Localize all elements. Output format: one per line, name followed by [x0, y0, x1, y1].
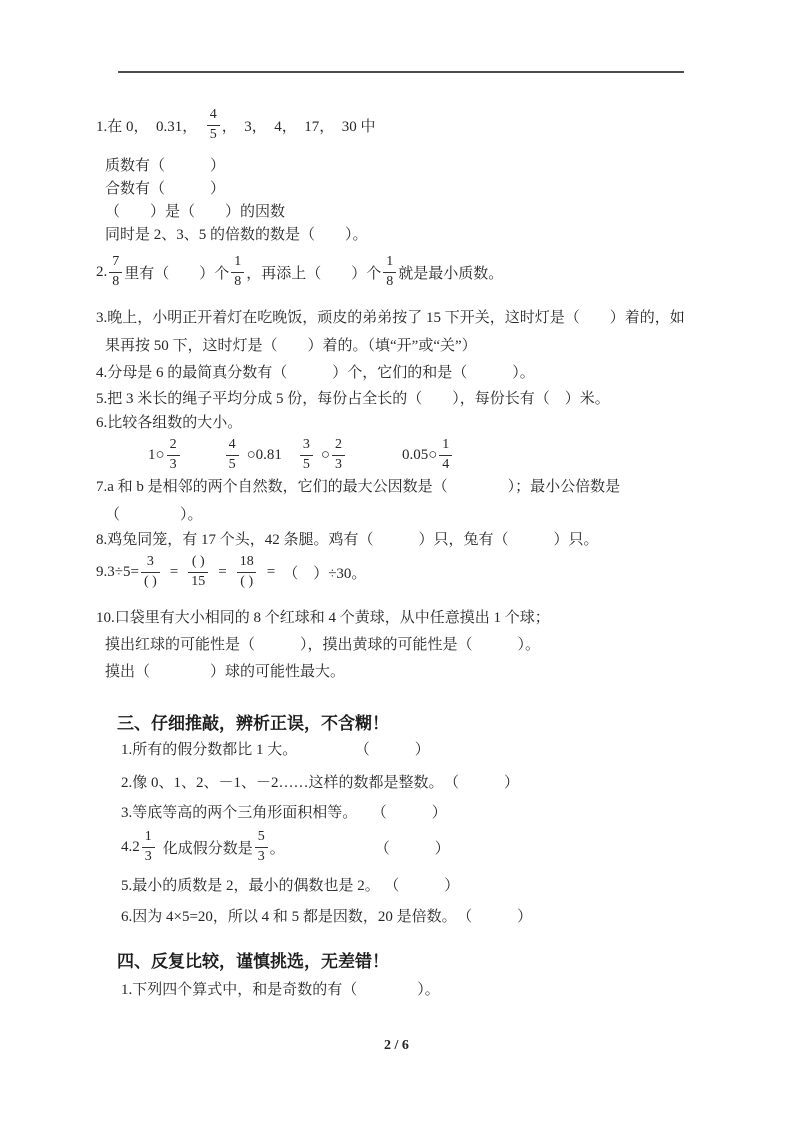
question-7-line-1: 7.a 和 b 是相邻的两个自然数，它们的最大公因数是（ ）；最小公倍数是: [96, 475, 620, 499]
question-2-text-1: 里有（ ）个: [124, 262, 229, 283]
fraction-numerator: 5: [255, 828, 268, 846]
question-9-line: 9.3÷5= 3( ) = ( )15 = 18( ) = （ ）÷30。: [96, 549, 366, 595]
fraction: 35: [300, 436, 313, 473]
question-1-text-post: ， 3， 4， 17， 30 中: [222, 115, 376, 136]
fraction-denominator: ( ): [237, 572, 256, 591]
comparison-2: 45 ○0.81: [224, 436, 282, 473]
fraction-numerator: 1: [383, 253, 396, 271]
fraction: 23: [167, 436, 180, 473]
answer-parens: （ ）: [392, 878, 460, 894]
fraction-numerator: ( ): [189, 553, 208, 571]
section-3-item-2: 2.像 0、1、2、－1、－2……这样的数都是整数。（ ）: [121, 771, 519, 795]
equals-sign: =: [170, 564, 178, 581]
question-1-line: 1.在 0， 0.31， 45 ， 3， 4， 17， 30 中: [96, 102, 376, 148]
comparison-3: 35 ○ 23: [298, 436, 347, 473]
fraction: 14: [439, 436, 452, 473]
fraction-numerator: 1: [231, 253, 244, 271]
fraction-denominator: ( ): [141, 572, 160, 591]
answer-parens: （ ）: [465, 909, 533, 925]
comparison-2-circle-and-right: ○0.81: [247, 447, 282, 464]
statement-text-end: 。: [270, 837, 285, 858]
question-2-number: 2.: [96, 264, 107, 281]
fraction: 45: [207, 106, 220, 143]
section-3-item-4: 4.2 13 化成假分数是 53 。 （ ）: [121, 824, 450, 870]
fraction-numerator: 3: [300, 436, 313, 454]
statement-text-pre: 4.2: [121, 839, 140, 856]
header-rule: [118, 71, 684, 73]
worksheet-page: 1.在 0， 0.31， 45 ， 3， 4， 17， 30 中 质数有（ ） …: [0, 0, 793, 1122]
fraction: ( )15: [188, 553, 208, 590]
question-1-blank-primes: 质数有（ ）: [105, 154, 225, 178]
equals-sign: =: [267, 564, 275, 581]
equals-sign: =: [218, 564, 226, 581]
section-3-item-1: 1.所有的假分数都比 1 大。（ ）: [121, 738, 430, 762]
fraction-denominator: 8: [383, 272, 396, 291]
fraction-denominator: 3: [167, 455, 180, 474]
statement-text: 2.像 0、1、2、－1、－2……这样的数都是整数。: [121, 775, 444, 791]
fraction-numerator: 1: [142, 828, 155, 846]
question-1-blank-multiples: 同时是 2、3、5 的倍数的数是（ ）。: [105, 223, 368, 247]
question-2-text-3: 就是最小质数。: [398, 262, 503, 283]
question-10-line-2: 摸出红球的可能性是（ ），摸出黄球的可能性是（ ）。: [105, 633, 540, 657]
question-1-blank-composites: 合数有（ ）: [105, 177, 225, 201]
fraction: 53: [255, 828, 268, 865]
fraction-denominator: 3: [255, 847, 268, 866]
statement-text-mid: 化成假分数是: [163, 837, 253, 858]
fraction-denominator: 15: [188, 572, 208, 591]
statement-text: 5.最小的质数是 2，最小的偶数也是 2。: [121, 878, 380, 894]
fraction-numerator: 3: [144, 553, 157, 571]
statement-text: 6.因为 4×5=20，所以 4 和 5 都是因数，20 是倍数。: [121, 909, 457, 925]
fraction: 23: [332, 436, 345, 473]
question-1-text-pre: 1.在 0， 0.31，: [96, 115, 205, 136]
question-3-line-1: 3.晚上，小明正开着灯在吃晚饭，顽皮的弟弟按了 15 下开关，这时灯是（ ）着的…: [96, 306, 685, 330]
question-7-line-2: （ ）。: [105, 503, 203, 527]
answer-parens: （ ）: [452, 775, 520, 791]
question-6-comparisons: 1○ 23 45 ○0.81 35 ○ 23 0.05○ 14: [148, 432, 454, 478]
fraction: 78: [109, 253, 122, 290]
question-3-line-2: 果再按 50 下，这时灯是（ ）着的。（填“开”或“关”）: [105, 334, 477, 358]
comparison-4-left-and-circle: 0.05○: [402, 447, 437, 464]
comparison-3-circle: ○: [321, 447, 330, 464]
page-number: 2 / 6: [0, 1034, 793, 1058]
question-10-line-3: 摸出（ ）球的可能性最大。: [105, 660, 345, 684]
fraction-denominator: 8: [109, 272, 122, 291]
section-3-item-5: 5.最小的质数是 2，最小的偶数也是 2。（ ）: [121, 874, 459, 898]
section-3-item-6: 6.因为 4×5=20，所以 4 和 5 都是因数，20 是倍数。（ ）: [121, 905, 532, 929]
question-9-text-pre: 9.3÷5=: [96, 564, 139, 581]
comparison-4: 0.05○ 14: [402, 436, 454, 473]
fraction-numerator: 4: [207, 106, 220, 124]
fraction: 18: [383, 253, 396, 290]
fraction-denominator: 5: [226, 455, 239, 474]
fraction: 18( ): [237, 553, 257, 590]
question-10-line-1: 10.口袋里有大小相同的 8 个红球和 4 个黄球，从中任意摸出 1 个球；: [96, 606, 550, 630]
fraction: 13: [142, 828, 155, 865]
section-3-item-3: 3.等底等高的两个三角形面积相等。（ ）: [121, 801, 447, 825]
fraction-denominator: 3: [332, 455, 345, 474]
fraction: 3( ): [141, 553, 160, 590]
fraction-denominator: 5: [207, 125, 220, 144]
question-2-text-2: ，再添上（ ）个: [246, 262, 381, 283]
question-4-line: 4.分母是 6 的最简真分数有（ ）个，它们的和是（ ）。: [96, 361, 535, 385]
answer-parens: （ ）: [375, 837, 450, 858]
answer-parens: （ ）: [362, 742, 430, 758]
fraction: 18: [231, 253, 244, 290]
fraction-numerator: 4: [226, 436, 239, 454]
fraction-denominator: 8: [231, 272, 244, 291]
question-9-text-post: （ ）÷30。: [283, 562, 366, 583]
question-5-line: 5.把 3 米长的绳子平均分成 5 份，每份占全长的（ ），每份长有（ ）米。: [96, 387, 610, 411]
section-3-title: 三、仔细推敲，辨析正误，不含糊！: [117, 710, 389, 738]
question-2-line: 2. 78 里有（ ）个 18 ，再添上（ ）个 18 就是最小质数。: [96, 249, 503, 295]
section-4-title: 四、反复比较，谨慎挑选，无差错！: [117, 948, 389, 976]
fraction-numerator: 18: [237, 553, 257, 571]
question-1-blank-factors: （ ）是（ ）的因数: [105, 200, 285, 224]
section-4-item-1: 1.下列四个算式中，和是奇数的有（ ）。: [121, 978, 440, 1002]
fraction-denominator: 3: [142, 847, 155, 866]
fraction-numerator: 2: [332, 436, 345, 454]
fraction-denominator: 4: [439, 455, 452, 474]
fraction-numerator: 1: [439, 436, 452, 454]
answer-parens: （ ）: [379, 805, 447, 821]
comparison-1: 1○ 23: [148, 436, 182, 473]
fraction-denominator: 5: [300, 455, 313, 474]
fraction-numerator: 7: [109, 253, 122, 271]
fraction: 45: [226, 436, 239, 473]
statement-text: 1.所有的假分数都比 1 大。: [121, 742, 297, 758]
comparison-1-left-and-circle: 1○: [148, 447, 165, 464]
statement-text: 3.等底等高的两个三角形面积相等。: [121, 805, 357, 821]
fraction-numerator: 2: [167, 436, 180, 454]
